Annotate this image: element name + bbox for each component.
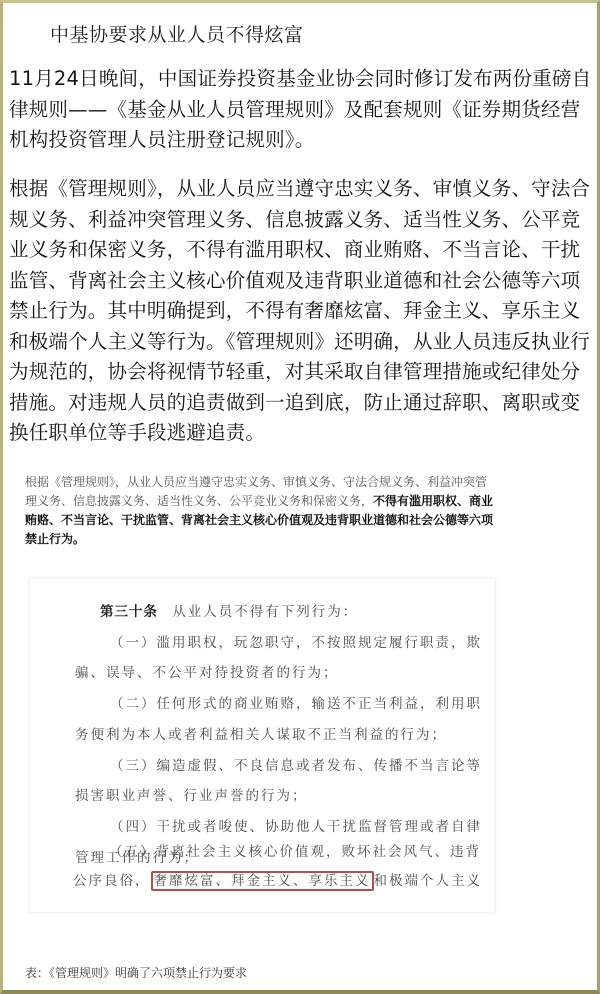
clause-line: 务便利为本人或者利益相关人谋取不正当利益的行为； xyxy=(75,723,447,743)
document-frame: 中基协要求从业人员不得炫富 11月24日晚间，中国证券投资基金业协会同时修订发布… xyxy=(0,0,600,994)
clause-line-highlighted: 公序良俗，奢靡炫富、拜金主义、享乐主义和极端个人主义 xyxy=(73,869,482,889)
clause-line: （一）滥用职权，玩忽职守，不按照规定履行职责，欺 xyxy=(110,631,482,651)
article-title: 第三十条 xyxy=(100,604,158,620)
clause-line: 骗、误导、不公平对待投资者的行为； xyxy=(75,661,339,681)
clause-line: （三）编造虚假、不良信息或者发布、传播不当言论等 xyxy=(110,754,482,774)
inset-summary: 根据《管理规则》，从业人员应当遵守忠实义务、审慎义务、守法合规义务、利益冲突管理… xyxy=(25,473,495,549)
clause-line: （五）背离社会主义核心价值观，败坏社会风气、违背 xyxy=(109,840,481,860)
article-heading: 第三十条 从业人员不得有下列行为： xyxy=(100,600,358,620)
clause-line: 损害职业声誉、行业声誉的行为； xyxy=(75,784,308,804)
clause-line: （四）干扰或者唆使、协助他人干扰监督管理或者自律 xyxy=(110,815,482,835)
figure-caption: 表：《管理规则》明确了六项禁止行为要求 xyxy=(25,964,247,981)
headline: 中基协要求从业人员不得炫富 xyxy=(50,20,304,47)
article-intro: 从业人员不得有下列行为： xyxy=(172,604,358,620)
regulation-excerpt: 第三十条 从业人员不得有下列行为： （一）滥用职权，玩忽职守，不按照规定履行职责… xyxy=(29,577,496,913)
highlight-box: 奢靡炫富、拜金主义、享乐主义 xyxy=(151,871,374,891)
paragraph-rules: 根据《管理规则》，从业人员应当遵守忠实义务、审慎义务、守法合规义务、利益冲突管理… xyxy=(9,174,599,449)
clause-line: （二）任何形式的商业贿赂，输送不正当利益，利用职 xyxy=(110,692,482,712)
paragraph-intro: 11月24日晚间，中国证券投资基金业协会同时修订发布两份重磅自律规则——《基金从… xyxy=(9,64,599,156)
